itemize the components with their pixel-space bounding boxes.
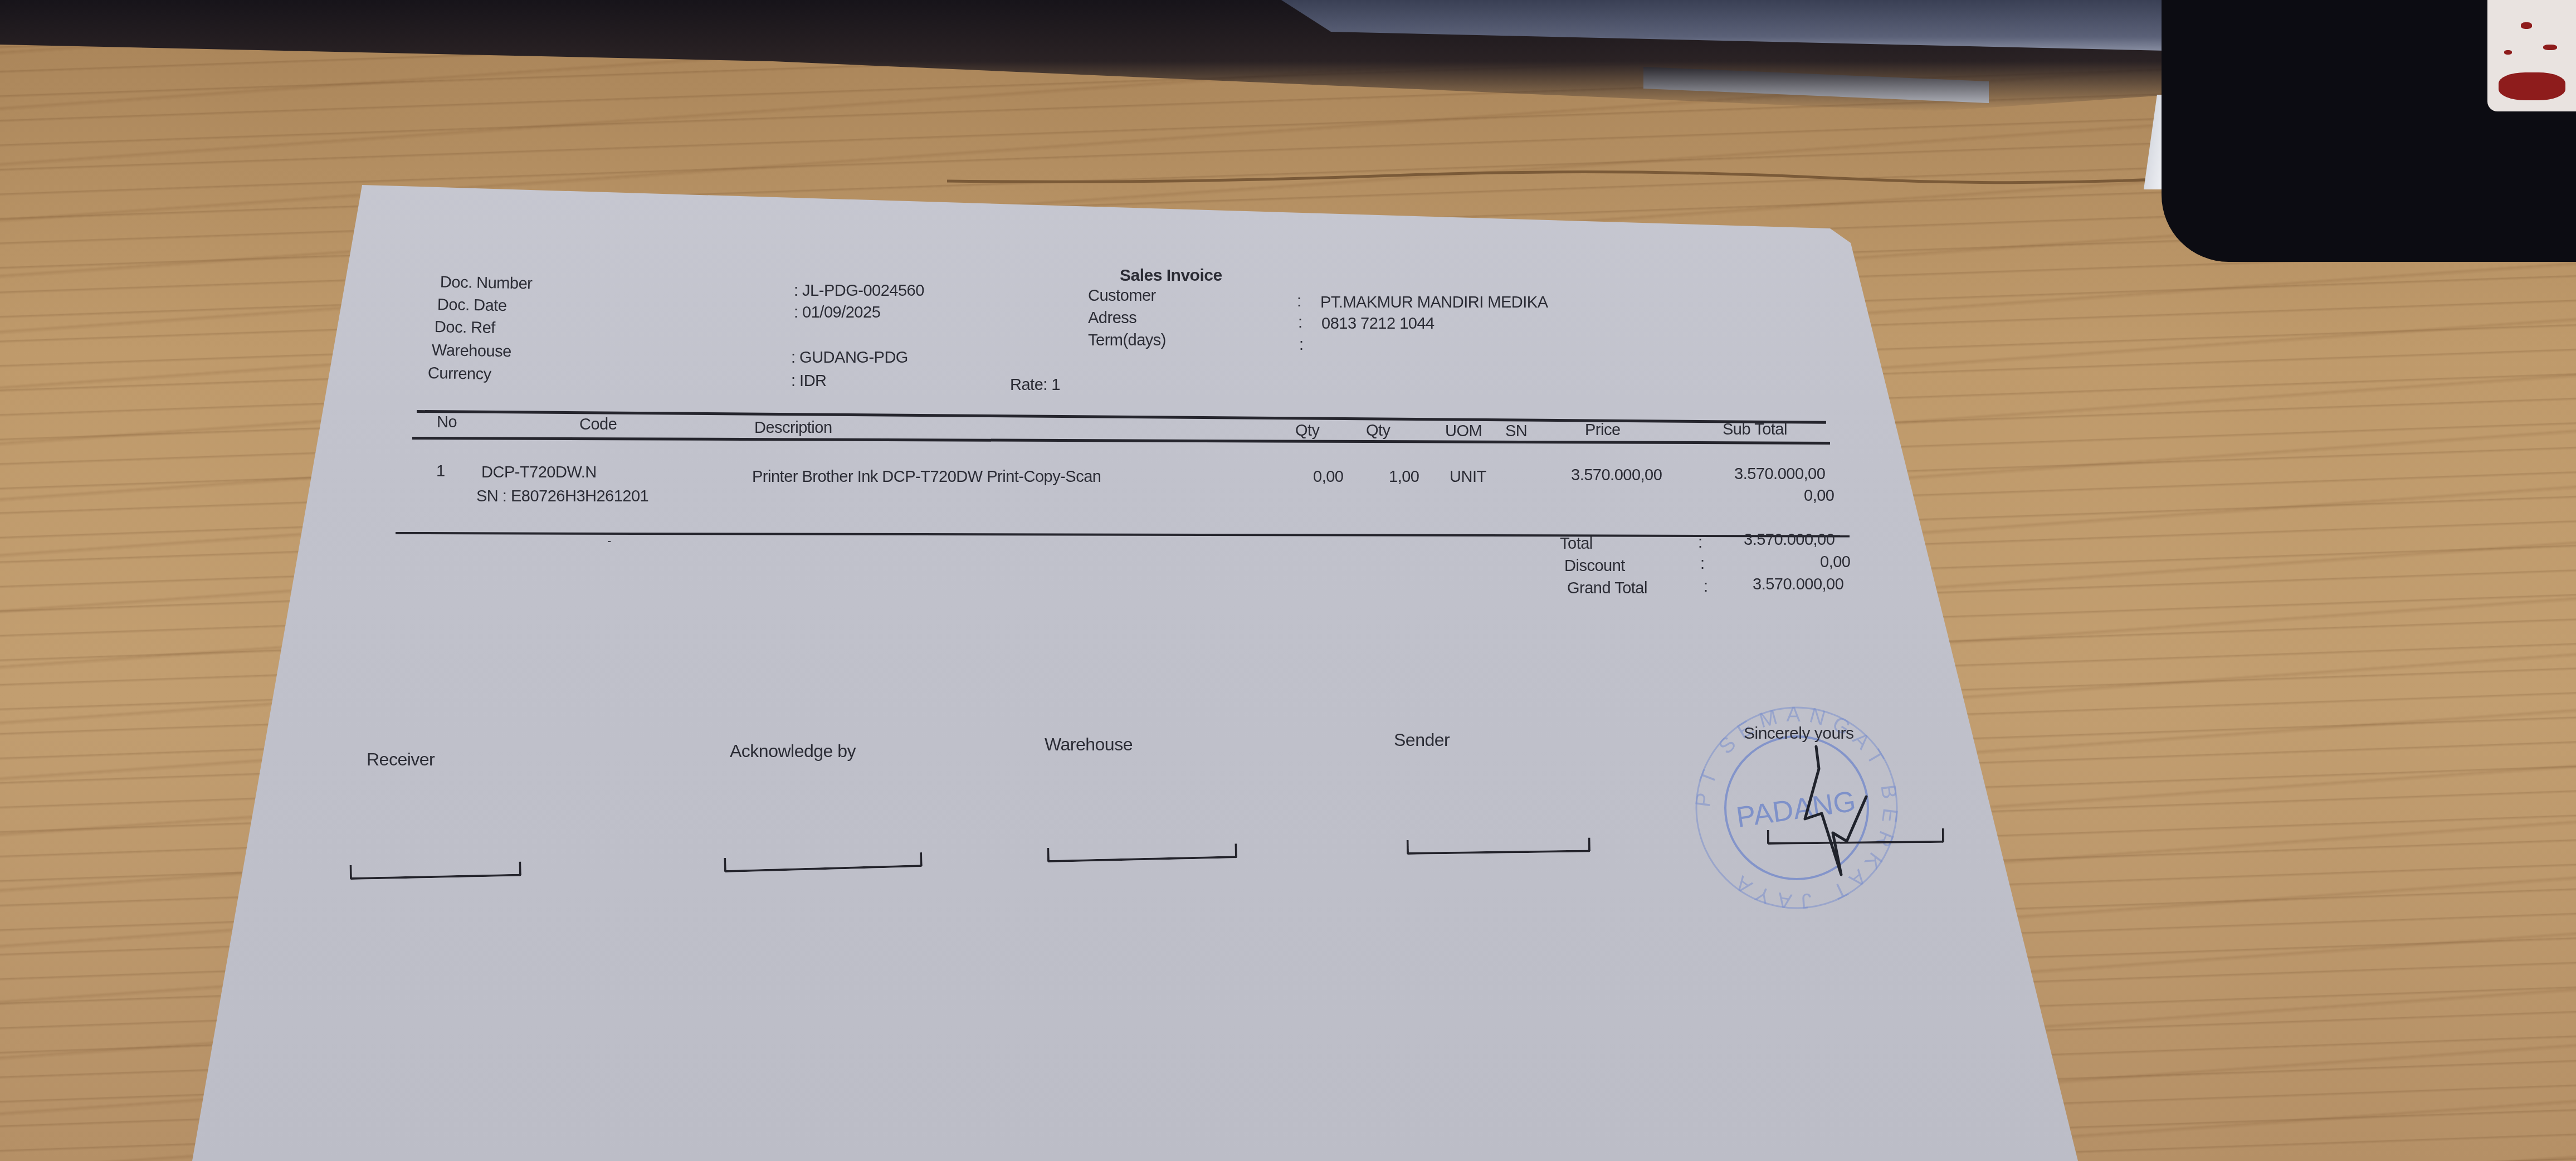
signature-receiver-label: Receiver: [367, 749, 435, 770]
term-sep: :: [1299, 336, 1304, 354]
currency-value: : IDR: [791, 372, 827, 391]
col-header-qty-2: Qty: [1366, 422, 1391, 440]
doc-date-label: Doc. Date: [437, 296, 507, 315]
address-label: Adress: [1088, 309, 1136, 328]
signature-line-warehouse: [1047, 843, 1237, 862]
table-bottom-rule: [396, 532, 1850, 537]
doc-number-label: Doc. Number: [440, 274, 533, 294]
customer-value: PT.MAKMUR MANDIRI MEDIKA: [1320, 294, 1548, 312]
doc-date-value: : 01/09/2025: [794, 304, 880, 322]
signature-line-receiver: [349, 862, 521, 880]
signature-line-acknowledge: [724, 852, 923, 872]
warehouse-value: : GUDANG-PDG: [791, 349, 908, 367]
col-header-subtotal: Sub Total: [1723, 421, 1787, 439]
doc-number-value: : JL-PDG-0024560: [794, 282, 924, 300]
col-header-sn: SN: [1505, 422, 1527, 441]
col-header-no: No: [437, 413, 457, 432]
signature-warehouse-label: Warehouse: [1045, 734, 1133, 755]
row-price: 3.570.000,00: [1571, 466, 1662, 485]
grand-total-label: Grand Total: [1567, 579, 1647, 598]
signature-line-sender: [1407, 837, 1591, 855]
grand-total-value: 3.570.000,00: [1753, 575, 1843, 594]
col-header-code: Code: [579, 416, 617, 434]
row-no: 1: [436, 462, 445, 481]
row-code: DCP-T720DW.N: [481, 464, 597, 482]
row-description: Printer Brother Ink DCP-T720DW Print-Cop…: [752, 468, 1101, 486]
term-days-label: Term(days): [1088, 331, 1166, 350]
signature-acknowledge-label: Acknowledge by: [730, 741, 856, 762]
currency-label: Currency: [428, 364, 491, 384]
doc-ref-label: Doc. Ref: [435, 318, 495, 338]
discount-value: 0,00: [1820, 553, 1850, 572]
total-value: 3.570.000,00: [1744, 531, 1835, 549]
total-label: Total: [1560, 535, 1593, 553]
stray-mark: -: [607, 534, 611, 548]
discount-sep: :: [1700, 555, 1705, 573]
rate-value: Rate: 1: [1010, 376, 1060, 394]
row-qty-1: 0,00: [1313, 468, 1343, 486]
address-sep: :: [1298, 314, 1302, 332]
col-header-qty-1: Qty: [1295, 422, 1320, 440]
total-sep: :: [1698, 534, 1702, 552]
row-subtotal-extra: 0,00: [1804, 487, 1834, 505]
address-value: 0813 7212 1044: [1321, 315, 1435, 333]
document-title: Sales Invoice: [1120, 266, 1222, 285]
col-header-price: Price: [1585, 421, 1621, 440]
col-header-description: Description: [754, 419, 832, 437]
col-header-uom: UOM: [1445, 422, 1482, 441]
warehouse-label: Warehouse: [432, 342, 511, 361]
row-subtotal: 3.570.000,00: [1734, 465, 1825, 484]
handwritten-signature: [1749, 735, 1894, 880]
grand-total-sep: :: [1704, 578, 1708, 596]
row-qty-2: 1,00: [1389, 468, 1419, 486]
signature-sender-label: Sender: [1394, 730, 1450, 750]
row-uom: UNIT: [1450, 468, 1486, 486]
customer-label: Customer: [1088, 287, 1156, 305]
sales-invoice-document: Sales Invoice Doc. Number Doc. Date Doc.…: [0, 0, 2576, 1161]
row-serial: SN : E80726H3H261201: [476, 487, 648, 506]
customer-sep: :: [1297, 292, 1301, 311]
discount-label: Discount: [1564, 557, 1625, 575]
